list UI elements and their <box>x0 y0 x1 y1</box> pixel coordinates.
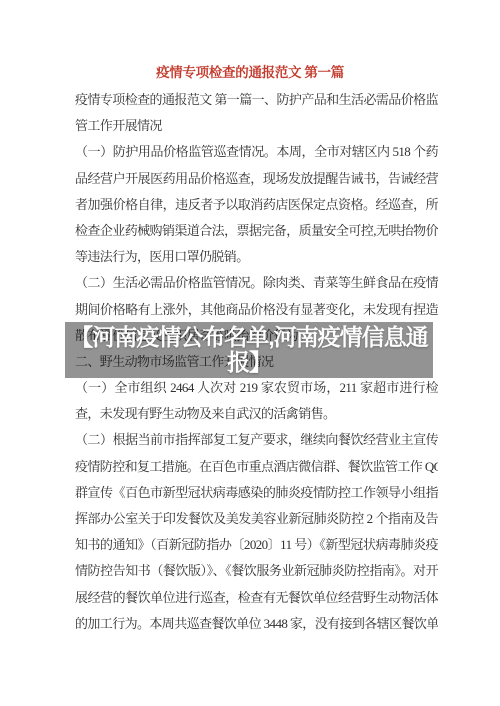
text-line: 的加工行为。本周共巡查餐饮单位 3448 家，没有接到各辖区餐饮单 <box>75 611 438 637</box>
text-line: 等违法行为，医用口罩仍脱销。 <box>75 244 438 270</box>
text-line: 知书的通知》（百新冠防指办〔2020〕11 号）《新型冠状病毒肺炎疫 <box>75 532 438 558</box>
text-line: （一）防护用品价格监管巡查情况。本周，全市对辖区内 518 个药 <box>75 139 438 165</box>
text-line: 查，未发现有野生动物及来自武汉的活禽销售。 <box>75 401 438 427</box>
text-line: （二）生活必需品价格监管情况。除肉类、青菜等生鲜食品在疫情 <box>75 270 438 296</box>
text-line: 管工作开展情况 <box>75 113 438 139</box>
text-line: 者加强价格自律，违反者予以取消药店医保定点资格。经巡查，所 <box>75 192 438 218</box>
overlay-text-line1: 【河南疫情公布名单,河南疫情信息通 <box>65 324 433 350</box>
overlay-text-line2: 报】 <box>65 350 433 375</box>
document-page: 疫情专项检查的通报范文 第一篇 疫情专项检查的通报范文 第一篇一、防护产品和生活… <box>0 0 500 706</box>
text-line: 品经营户开展医药用品价格巡查，现场发放提醒告诫书，告诫经营 <box>75 166 438 192</box>
text-line: （二）根据当前市指挥部复工复产要求，继续向餐饮经营业主宣传 <box>75 427 438 453</box>
text-line: 疫情防控和复工措施。在百色市重点酒店微信群、餐饮监管工作 QQ <box>75 454 438 480</box>
text-line: （一）全市组织 2464 人次对 219 家农贸市场，211 家超市进行检 <box>75 375 438 401</box>
text-line: 展经营的餐饮单位进行巡查，检查有无餐饮单位经营野生动物活体 <box>75 585 438 611</box>
text-line: 疫情专项检查的通报范文 第一篇一、防护产品和生活必需品价格监 <box>75 87 438 113</box>
text-line: 检查企业药械购销渠道合法，票据完备，质量安全可控,无哄抬物价 <box>75 218 438 244</box>
text-line: 群宣传《百色市新型冠状病毒感染的肺炎疫情防控工作领导小组指 <box>75 480 438 506</box>
text-line: 期间价格略有上涨外，其他商品价格没有显著变化，未发现有捏造 <box>75 297 438 323</box>
text-line: 情防控告知书（餐饮版）》、《餐饮服务业新冠肺炎防控指南》。对开 <box>75 558 438 584</box>
text-line: 挥部办公室关于印发餐饮及美发美容业新冠肺炎防控 2 个指南及告 <box>75 506 438 532</box>
document-title: 疫情专项检查的通报范文 第一篇 <box>0 61 500 81</box>
watermark-overlay-banner: 【河南疫情公布名单,河南疫情信息通 报】 <box>65 322 433 378</box>
